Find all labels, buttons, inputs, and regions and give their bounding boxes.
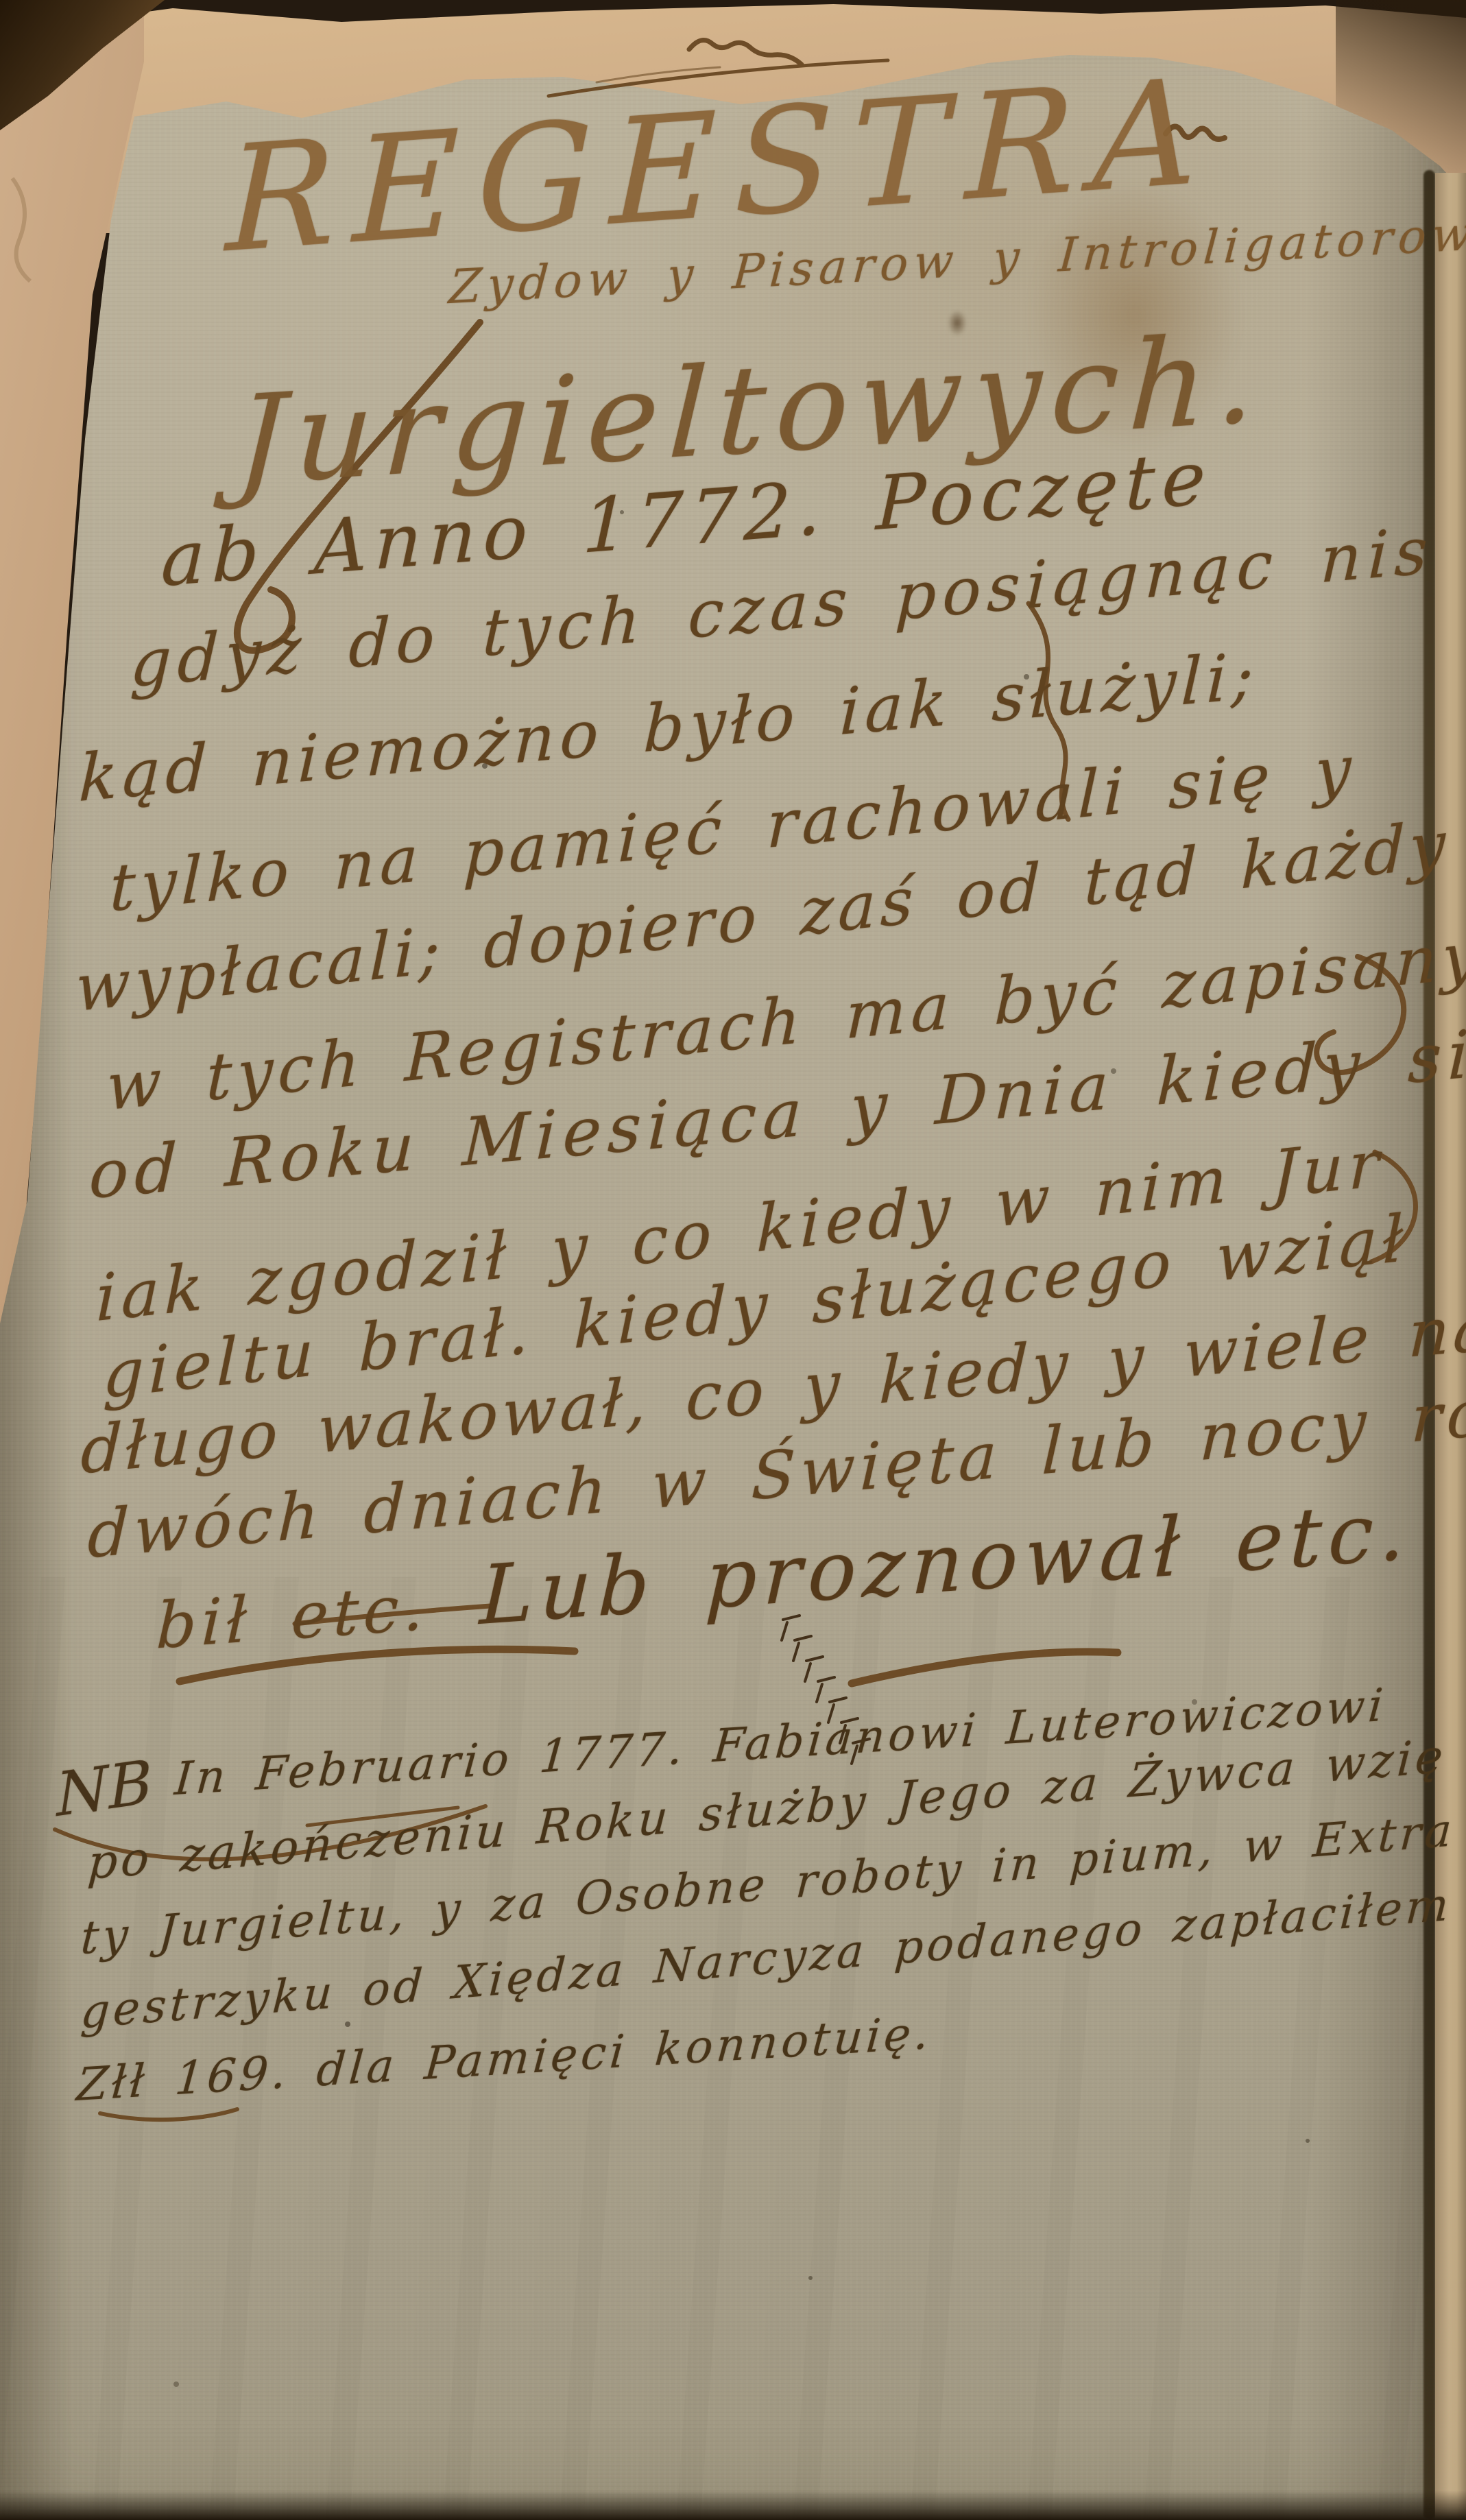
nota-bene-monogram: NB	[55, 1746, 154, 1830]
manuscript-photo: REGESTRA Zydow y Pisarow y Introligatoro…	[0, 0, 1466, 2520]
page-bottom-shadow	[0, 2491, 1466, 2520]
